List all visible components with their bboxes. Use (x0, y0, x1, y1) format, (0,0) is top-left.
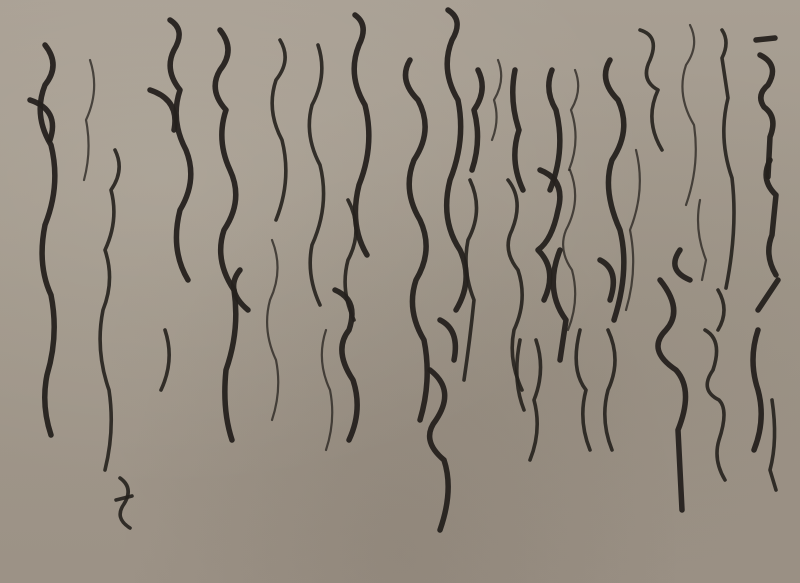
signature (116, 478, 132, 528)
calligraphy-letter (0, 0, 800, 583)
ink-strokes (0, 0, 800, 583)
column-8 (508, 70, 524, 410)
column-4 (626, 30, 662, 310)
column-16 (215, 30, 248, 440)
column-2 (705, 30, 734, 480)
column-6 (563, 70, 590, 450)
column-14 (309, 45, 332, 450)
column-12 (406, 60, 428, 420)
column-11 (430, 10, 467, 530)
column-10 (492, 60, 501, 140)
column-5 (600, 60, 624, 450)
column-3 (658, 25, 706, 510)
column-13 (335, 15, 369, 440)
column-17 (150, 20, 191, 390)
column-15 (267, 40, 286, 420)
column-1 (753, 38, 778, 490)
column-9 (464, 70, 482, 380)
column-19 (30, 45, 55, 435)
column-18 (84, 60, 119, 470)
column-7 (530, 70, 566, 460)
